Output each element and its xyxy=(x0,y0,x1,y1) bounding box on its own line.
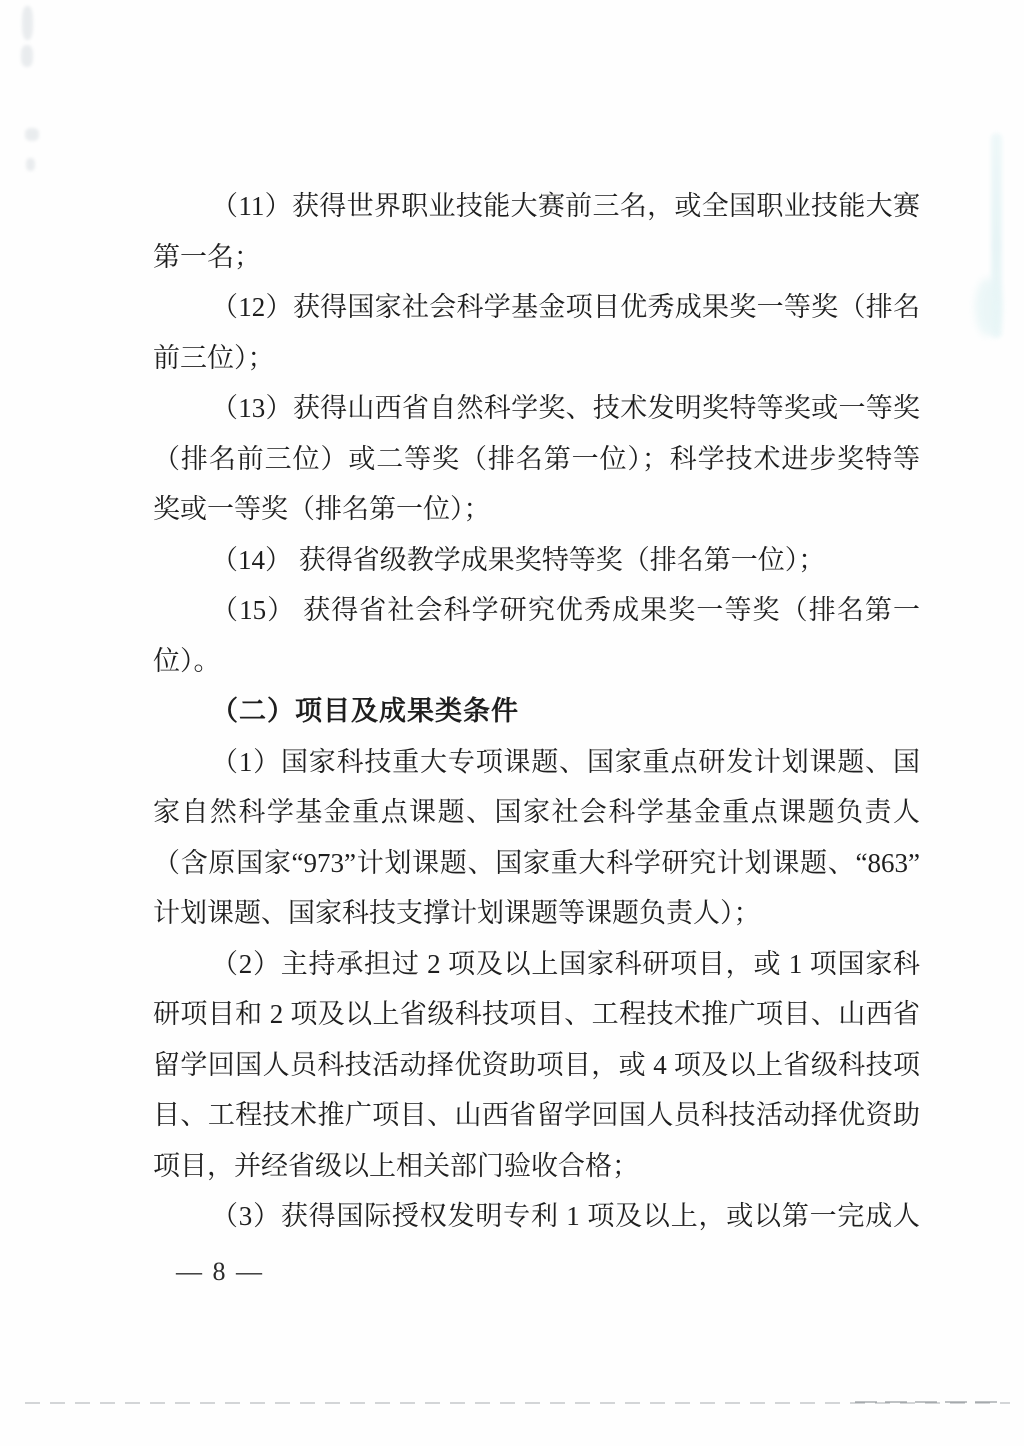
scan-streak xyxy=(991,133,1002,338)
text-line: 前三位）； xyxy=(153,333,920,384)
section-heading: （二）项目及成果类条件 xyxy=(153,686,920,737)
text-line: （含原国家“973”计划课题、国家重大科学研究计划课题、“863” xyxy=(153,838,920,889)
scan-smudge xyxy=(25,128,39,141)
text-line: 位）。 xyxy=(153,636,920,687)
text-line: （13）获得山西省自然科学奖、技术发明奖特等奖或一等奖 xyxy=(153,383,920,434)
text-line: 计划课题、国家科技支撑计划课题等课题负责人）； xyxy=(153,888,920,939)
page-number: — 8 — xyxy=(176,1252,264,1292)
text-line: （3）获得国际授权发明专利 1 项及以上，或以第一完成人 xyxy=(153,1191,920,1242)
scan-smudge xyxy=(26,158,35,171)
text-line: （14） 获得省级教学成果奖特等奖（排名第一位）； xyxy=(153,535,920,586)
scan-smudge xyxy=(21,45,33,67)
text-line: 留学回国人员科技活动择优资助项目，或 4 项及以上省级科技项 xyxy=(153,1040,920,1091)
scan-smudge xyxy=(22,6,33,40)
text-line: （2）主持承担过 2 项及以上国家科研项目，或 1 项国家科 xyxy=(153,939,920,990)
document-body: （11）获得世界职业技能大赛前三名，或全国职业技能大赛第一名；（12）获得国家社… xyxy=(153,181,920,1242)
scan-dashed-line-dark xyxy=(855,1401,1005,1403)
text-line: 家自然科学基金重点课题、国家社会科学基金重点课题负责人 xyxy=(153,787,920,838)
text-line: 第一名； xyxy=(153,232,920,283)
text-line: 目、工程技术推广项目、山西省留学回国人员科技活动择优资助 xyxy=(153,1090,920,1141)
text-line: （排名前三位）或二等奖（排名第一位）；科学技术进步奖特等 xyxy=(153,434,920,485)
text-line: 奖或一等奖（排名第一位）； xyxy=(153,484,920,535)
text-line: （11）获得世界职业技能大赛前三名，或全国职业技能大赛 xyxy=(153,181,920,232)
scan-dashed-line xyxy=(25,1402,1010,1404)
document-page: （11）获得世界职业技能大赛前三名，或全国职业技能大赛第一名；（12）获得国家社… xyxy=(0,0,1024,1446)
text-line: （12）获得国家社会科学基金项目优秀成果奖一等奖（排名 xyxy=(153,282,920,333)
text-line: （15） 获得省社会科学研究优秀成果奖一等奖（排名第一 xyxy=(153,585,920,636)
text-line: （1）国家科技重大专项课题、国家重点研发计划课题、国 xyxy=(153,737,920,788)
text-line: 项目，并经省级以上相关部门验收合格； xyxy=(153,1141,920,1192)
text-line: 研项目和 2 项及以上省级科技项目、工程技术推广项目、山西省 xyxy=(153,989,920,1040)
scan-streak-blob xyxy=(975,278,1001,336)
